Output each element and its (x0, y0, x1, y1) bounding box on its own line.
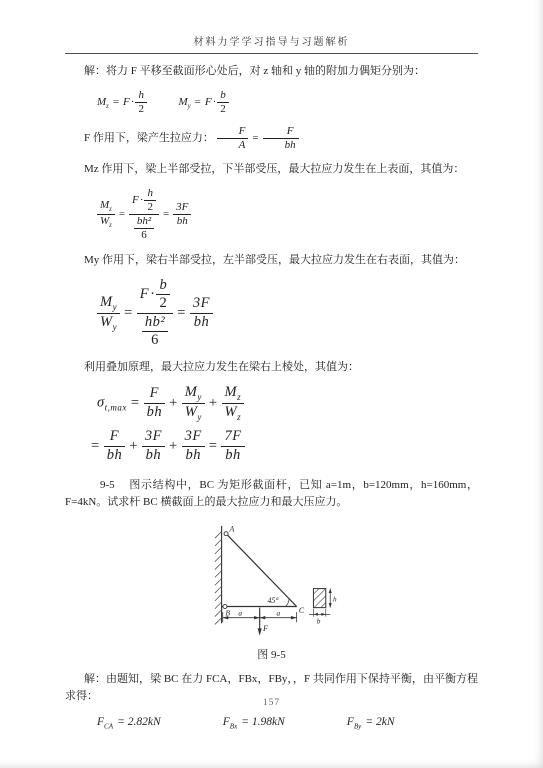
fraction: My Wy (97, 294, 120, 332)
frac-num: F·b2 (137, 277, 173, 313)
pin-B (222, 605, 226, 609)
math-var: M (185, 384, 198, 400)
frac-num: hb² (142, 314, 168, 331)
fraction: 3Fbh (173, 201, 191, 228)
fraction: Mz Wz (97, 199, 115, 231)
math-var: F (97, 716, 104, 728)
problem-number: 9-5 (100, 479, 129, 491)
math-var: F (123, 96, 130, 108)
force-result: FBy= 2kN (347, 716, 395, 730)
math-var: F (132, 194, 139, 206)
frac-num: Mz (97, 199, 115, 214)
frac-num: F (104, 428, 126, 445)
frac-den: Wz (97, 214, 115, 230)
frac-den: bh (173, 214, 191, 228)
frac-den: bh (263, 138, 299, 152)
formula-bend-y: My Wy = F·b2 hb²6 =3Fbh (97, 277, 478, 350)
frac-num: 7F (221, 428, 244, 445)
angle-label: 45° (267, 596, 278, 605)
frac-num: h (144, 187, 156, 200)
force-value: = 2.82kN (113, 716, 161, 728)
math-var: M (225, 384, 238, 400)
fraction: Fbh (263, 125, 299, 152)
dim-arrow (254, 616, 260, 619)
force-result: FCA= 2.82kN (97, 716, 161, 730)
dim-arrow (321, 613, 325, 616)
math-op: = (159, 208, 173, 220)
dim-a-label: a (276, 610, 280, 618)
mz-effect-line: Mz 作用下，梁上半部受拉，下半部受压，最大拉应力发生在上表面，其值为： (65, 161, 478, 178)
point-C-label: C (298, 606, 304, 615)
point-A-label: A (228, 525, 234, 534)
math-op: + (205, 395, 222, 411)
formula-bend-z: Mz Wz = F·h2 bh²6 =3Fbh (97, 187, 478, 243)
math-op: = (173, 305, 190, 321)
formula-moments: Mz=F·h2 My=F·b2 (97, 89, 478, 116)
fraction: MzWz (222, 384, 245, 422)
my-effect-line: My 作用下，梁右半部受拉，左半部受压，最大拉应力发生在右表面，其值为： (65, 252, 478, 269)
figure-caption: 图 9-5 (65, 646, 478, 662)
math-op: = (248, 132, 262, 144)
point-B-label: B (225, 610, 230, 618)
math-var: M (100, 199, 109, 211)
fraction: Fbh (104, 428, 126, 464)
fraction: 3Fbh (142, 428, 165, 464)
math-op: = (115, 208, 129, 220)
fraction: hb²6 (142, 314, 168, 350)
fraction: 3Fbh (190, 295, 213, 331)
math-var: F (140, 286, 149, 302)
frac-den: 2 (144, 200, 156, 214)
frac-num: Mz (222, 384, 245, 403)
math-op: = (87, 438, 104, 454)
frac-num: 3F (190, 295, 213, 312)
frac-num: bh² (134, 215, 154, 228)
math-op: = (120, 305, 137, 321)
angle-arc (285, 599, 289, 607)
math-var: F (205, 96, 212, 108)
dim-a-label: a (238, 610, 242, 618)
problem-statement: 9-5图示结构中，BC 为矩形截面杆，已知 a=1m，b=120mm，h=160… (65, 477, 478, 510)
fraction: h2 (135, 89, 147, 116)
frac-den: bh (144, 403, 166, 421)
math-sub: y (113, 302, 118, 312)
math-var: M (178, 96, 187, 108)
math-sub: y (197, 392, 202, 402)
dim-arrow (259, 616, 265, 619)
dim-h-label: h (333, 596, 337, 604)
math-sub: z (109, 222, 112, 229)
pin-A (224, 532, 228, 536)
frac-num: b (217, 89, 229, 102)
dim-arrow (291, 616, 297, 619)
frac-num: F·h2 (129, 187, 159, 214)
fraction: MyWy (182, 384, 205, 422)
frac-den: 2 (135, 102, 147, 116)
frac-den: A (217, 138, 249, 152)
math-var: F (223, 716, 230, 728)
math-sub: y (113, 322, 118, 332)
frac-num: F (144, 385, 166, 402)
frac-den: 2 (217, 102, 229, 116)
frac-den: Wy (97, 313, 120, 333)
math-op: = (205, 438, 222, 454)
math-var: W (185, 404, 198, 420)
frac-num: h (135, 89, 147, 102)
frac-num: b (156, 277, 170, 294)
dim-b-label: b (316, 617, 320, 625)
wall-hatching (214, 532, 221, 625)
force-result: FBx= 1.98kN (223, 716, 285, 730)
fraction: h2 (144, 187, 156, 214)
frac-den: 6 (134, 228, 154, 242)
formula-mz: Mz=F·h2 (97, 96, 150, 108)
frac-num: 3F (173, 201, 191, 214)
axial-text: F 作用下，梁产生拉应力： (84, 132, 214, 144)
math-op: + (125, 438, 142, 454)
diagonal-member-AC (226, 534, 297, 607)
math-var: M (100, 294, 113, 310)
math-sub: z (237, 412, 241, 422)
page-number: 157 (0, 698, 543, 708)
fraction-nested: F·h2 bh²6 (129, 187, 159, 243)
math-op: = (127, 395, 144, 411)
frac-num: 3F (182, 428, 205, 445)
fraction: b2 (217, 89, 229, 116)
fraction: Fbh (144, 385, 166, 421)
math-var: F (347, 716, 354, 728)
frac-den: Wy (182, 403, 205, 423)
math-op: = (109, 96, 123, 108)
force-results: FCA= 2.82kN FBx= 1.98kN FBy= 2kN (97, 716, 478, 730)
math-var: W (225, 404, 238, 420)
frac-den: Wz (222, 403, 245, 423)
header-rule (65, 53, 478, 54)
fraction: b2 (156, 277, 170, 313)
frac-den: bh (221, 446, 244, 464)
page: 材料力学学习指导与习题解析 解：将力 F 平移至截面形心处后，对 z 轴和 y … (0, 0, 543, 768)
math-var: W (100, 314, 113, 330)
math-var: W (100, 215, 109, 227)
frac-num: F (217, 125, 249, 138)
math-op: + (165, 395, 182, 411)
force-arrowhead (257, 629, 261, 636)
frac-num: F (263, 125, 299, 138)
math-sub: z (109, 206, 112, 213)
content: 解：将力 F 平移至截面形心处后，对 z 轴和 y 轴的附加力偶矩分别为： Mz… (0, 63, 543, 730)
frac-num: My (97, 294, 120, 313)
frac-den: bh (190, 313, 213, 331)
figure-drawing: 45° A C B a a F (188, 520, 356, 637)
frac-den: bh (142, 446, 165, 464)
math-op: · (149, 286, 156, 302)
dim-arrow (328, 603, 331, 607)
solution1-intro: 解：将力 F 平移至截面形心处后，对 z 轴和 y 轴的附加力偶矩分别为： (65, 63, 478, 80)
math-sub: CA (104, 722, 113, 730)
frac-num: My (182, 384, 205, 403)
math-sub: t,max (105, 402, 127, 412)
formula-my: My=F·b2 (178, 96, 228, 108)
frac-den: 6 (142, 331, 168, 349)
figure-9-5: 45° A C B a a F (65, 520, 478, 642)
frac-den: bh (104, 446, 126, 464)
axial-line: F 作用下，梁产生拉应力： FA=Fbh (65, 125, 478, 152)
dim-arrow (313, 613, 317, 616)
fraction: FA (217, 125, 249, 152)
superposition-line: 利用叠加原理，最大拉应力发生在梁右上棱处，其值为： (65, 359, 478, 376)
math-var: M (97, 96, 106, 108)
force-value: = 1.98kN (237, 716, 285, 728)
force-label: F (262, 624, 269, 633)
page-header: 材料力学学习指导与习题解析 (0, 0, 543, 48)
book-title: 材料力学学习指导与习题解析 (194, 37, 350, 48)
frac-num: 3F (142, 428, 165, 445)
math-sub: y (197, 412, 202, 422)
fraction-nested: F·b2 hb²6 (137, 277, 173, 350)
frac-den: 2 (156, 294, 170, 312)
math-sub: z (237, 392, 241, 402)
frac-den: bh²6 (129, 214, 159, 242)
fraction: 7Fbh (221, 428, 244, 464)
formula-sigma-line1: σt,max=Fbh+MyWy+MzWz (97, 384, 478, 422)
frac-den: bh (182, 446, 205, 464)
fraction: bh²6 (134, 215, 154, 242)
math-var: σ (97, 395, 105, 411)
math-op: = (191, 96, 205, 108)
force-value: = 2kN (361, 716, 394, 728)
formula-sigma-line2: =Fbh+3Fbh+3Fbh=7Fbh (87, 428, 478, 464)
fraction: 3Fbh (182, 428, 205, 464)
math-op: + (165, 438, 182, 454)
frac-den: hb²6 (137, 313, 173, 350)
dim-arrow (328, 589, 331, 593)
